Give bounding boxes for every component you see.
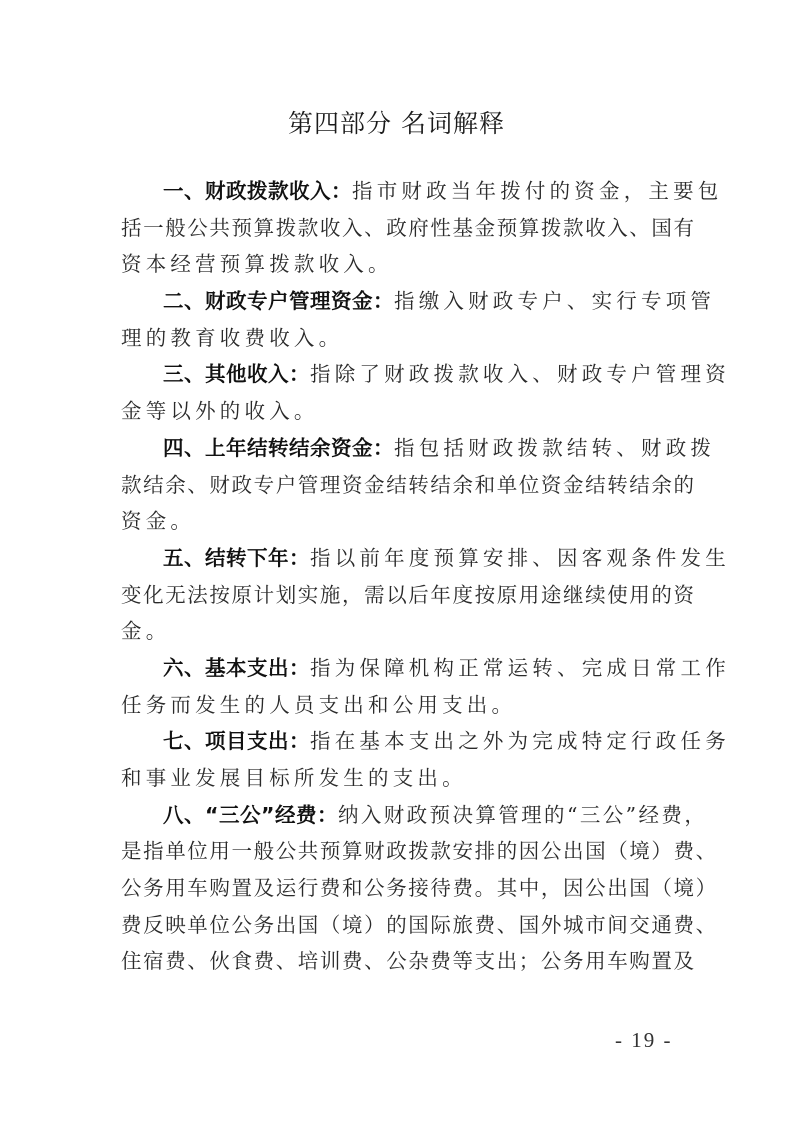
definition-text: 理的教育收费收入。 xyxy=(121,320,681,357)
definition-term: 六、基本支出： xyxy=(163,656,310,680)
definition-text: 资本经营预算拨款收入。 xyxy=(121,246,681,283)
definition-text: 是指单位用一般公共预算财政拨款安排的因公出国（境）费、 xyxy=(121,833,681,870)
definition-text: 指包括财政拨款结转、财政拨 xyxy=(394,436,715,460)
definition-text: 指为保障机构正常运转、完成日常工作 xyxy=(310,656,730,680)
definition-term: 七、项目支出： xyxy=(163,729,310,753)
definition-text: 公务用车购置及运行费和公务接待费。其中，因公出国（境） xyxy=(121,870,681,907)
definition-3: 三、其他收入：指除了财政拨款收入、财政专户管理资 金等以外的收入。 xyxy=(121,356,681,429)
definition-text: 指缴入财政专户、实行专项管 xyxy=(394,289,715,313)
definition-1: 一、财政拨款收入：指市财政当年拨付的资金，主要包 括一般公共预算拨款收入、政府性… xyxy=(121,173,681,283)
definition-term: 二、财政专户管理资金： xyxy=(163,289,394,313)
definition-text: 金等以外的收入。 xyxy=(121,393,681,430)
definition-term: 一、财政拨款收入： xyxy=(163,179,352,203)
definition-text: 变化无法按原计划实施，需以后年度按原用途继续使用的资 xyxy=(121,577,681,614)
definition-7: 七、项目支出：指在基本支出之外为完成特定行政任务 和事业发展目标所发生的支出。 xyxy=(121,723,681,796)
definition-text: 和事业发展目标所发生的支出。 xyxy=(121,760,681,797)
definition-4: 四、上年结转结余资金：指包括财政拨款结转、财政拨 款结余、财政专户管理资金结转结… xyxy=(121,430,681,540)
definition-term: 三、其他收入： xyxy=(163,362,310,386)
definition-text: 费反映单位公务出国（境）的国际旅费、国外城市间交通费、 xyxy=(121,907,681,944)
definition-text: 资金。 xyxy=(121,503,681,540)
page-title: 第四部分 名词解释 xyxy=(0,104,793,140)
definition-text: 款结余、财政专户管理资金结转结余和单位资金结转结余的 xyxy=(121,467,681,504)
definition-text: 任务而发生的人员支出和公用支出。 xyxy=(121,687,681,724)
definition-2: 二、财政专户管理资金：指缴入财政专户、实行专项管 理的教育收费收入。 xyxy=(121,283,681,356)
definition-text: 纳入财政预决算管理的“三公”经费， xyxy=(338,803,707,827)
definition-text: 指在基本支出之外为完成特定行政任务 xyxy=(310,729,730,753)
definition-5: 五、结转下年：指以前年度预算安排、因客观条件发生 变化无法按原计划实施，需以后年… xyxy=(121,540,681,650)
page-number: - 19 - xyxy=(615,1028,673,1053)
definition-text: 住宿费、伙食费、培训费、公杂费等支出；公务用车购置及 xyxy=(121,943,681,980)
definition-text: 指以前年度预算安排、因客观条件发生 xyxy=(310,546,730,570)
definition-8: 八、“三公”经费：纳入财政预决算管理的“三公”经费， 是指单位用一般公共预算财政… xyxy=(121,797,681,980)
definitions-body: 一、财政拨款收入：指市财政当年拨付的资金，主要包 括一般公共预算拨款收入、政府性… xyxy=(121,173,681,980)
definition-text: 金。 xyxy=(121,613,681,650)
definition-term: 五、结转下年： xyxy=(163,546,310,570)
definition-6: 六、基本支出：指为保障机构正常运转、完成日常工作 任务而发生的人员支出和公用支出… xyxy=(121,650,681,723)
definition-text: 括一般公共预算拨款收入、政府性基金预算拨款收入、国有 xyxy=(121,210,681,247)
definition-term: 八、“三公”经费： xyxy=(163,803,338,827)
definition-term: 四、上年结转结余资金： xyxy=(163,436,394,460)
definition-text: 指除了财政拨款收入、财政专户管理资 xyxy=(310,362,730,386)
definition-text: 指市财政当年拨付的资金，主要包 xyxy=(352,179,723,203)
